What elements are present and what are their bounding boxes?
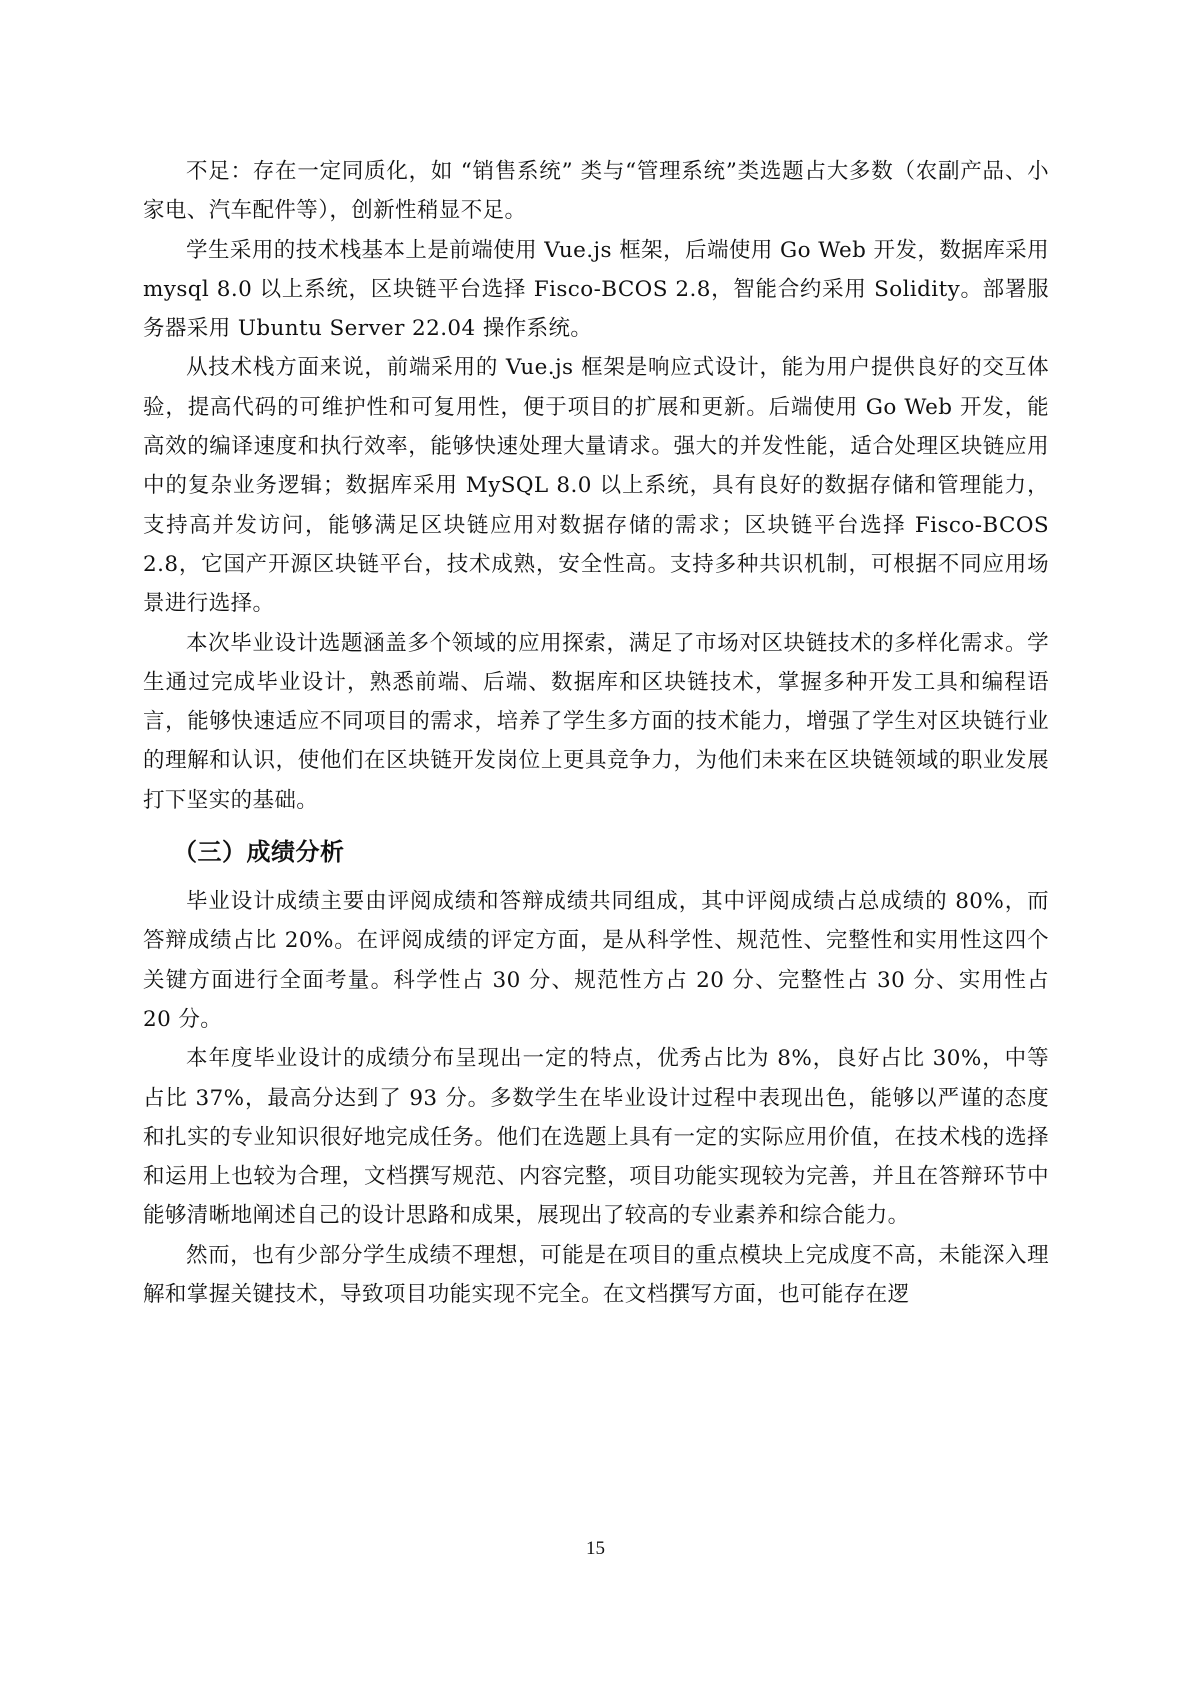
paragraph-topic-coverage: 本次毕业设计选题涵盖多个领域的应用探索，满足了市场对区块链技术的多样化需求。学生…	[143, 624, 1049, 820]
page-number: 15	[0, 1537, 1191, 1561]
paragraph-shortcomings: 不足：存在一定同质化，如 “销售系统” 类与“管理系统”类选题占大多数（农副产品…	[143, 152, 1049, 231]
document-page: 不足：存在一定同质化，如 “销售系统” 类与“管理系统”类选题占大多数（农副产品…	[143, 152, 1049, 1314]
paragraph-tech-stack: 学生采用的技术栈基本上是前端使用 Vue.js 框架，后端使用 Go Web 开…	[143, 231, 1049, 349]
section-heading-grade-analysis: （三）成绩分析	[143, 830, 1049, 874]
paragraph-tech-stack-analysis: 从技术栈方面来说，前端采用的 Vue.js 框架是响应式设计，能为用户提供良好的…	[143, 348, 1049, 623]
paragraph-grade-distribution: 本年度毕业设计的成绩分布呈现出一定的特点，优秀占比为 8%，良好占比 30%，中…	[143, 1039, 1049, 1235]
paragraph-grade-composition: 毕业设计成绩主要由评阅成绩和答辩成绩共同组成，其中评阅成绩占总成绩的 80%，而…	[143, 882, 1049, 1039]
paragraph-weaknesses: 然而，也有少部分学生成绩不理想，可能是在项目的重点模块上完成度不高，未能深入理解…	[143, 1236, 1049, 1315]
